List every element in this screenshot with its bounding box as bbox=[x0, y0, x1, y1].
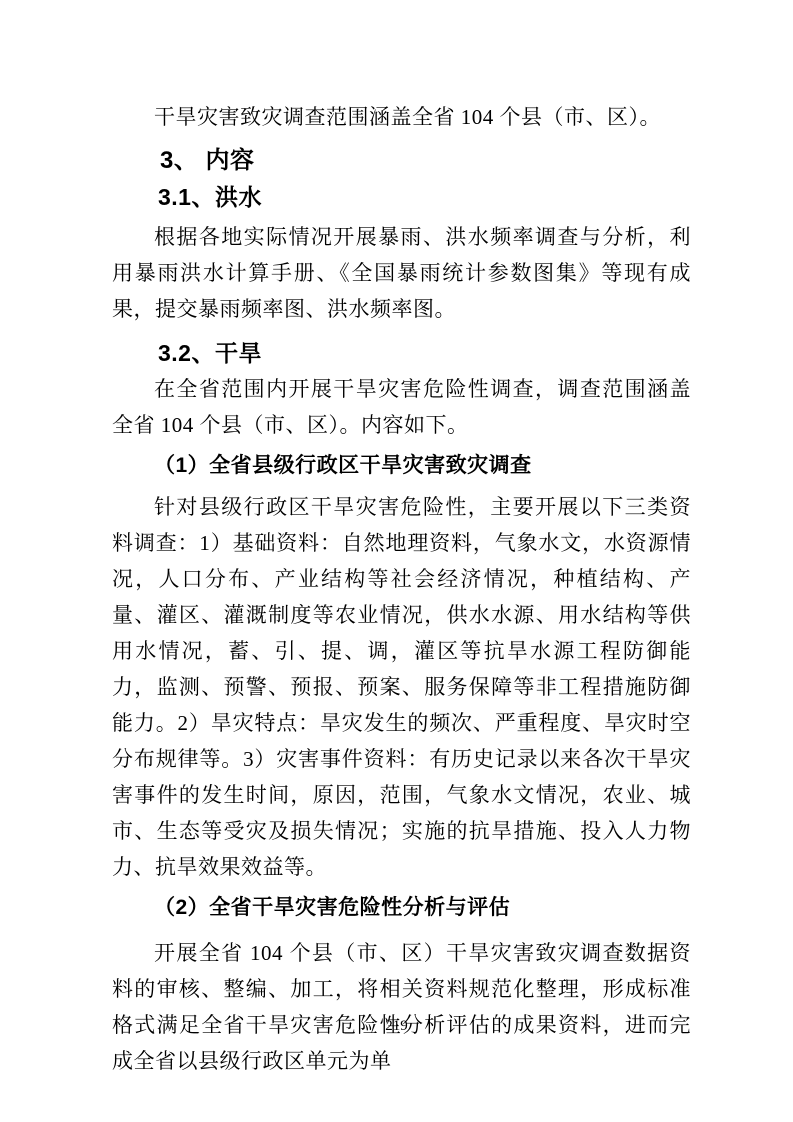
heading-3-2-drought: 3.2、干旱 bbox=[112, 335, 691, 371]
paragraph-drought-scope: 在全省范围内开展干旱灾害危险性调查，调查范围涵盖全省 104 个县（市、区）。内… bbox=[112, 371, 691, 443]
heading-3-1-flood: 3.1、洪水 bbox=[112, 179, 691, 215]
paragraph-intro: 干旱灾害致灾调查范围涵盖全省 104 个县（市、区）。 bbox=[112, 99, 691, 135]
page-content: 干旱灾害致灾调查范围涵盖全省 104 个县（市、区）。 3、 内容 3.1、洪水… bbox=[0, 0, 793, 1079]
heading-item-2-analysis: （2）全省干旱灾害危险性分析与评估 bbox=[112, 890, 691, 926]
paragraph-flood: 根据各地实际情况开展暴雨、洪水频率调查与分析，利用暴雨洪水计算手册、《全国暴雨统… bbox=[112, 219, 691, 327]
heading-section-3-content: 3、 内容 bbox=[112, 143, 691, 179]
paragraph-analysis: 开展全省 104 个县（市、区）干旱灾害致灾调查数据资料的审核、整编、加工，将相… bbox=[112, 935, 691, 1079]
heading-item-1-survey: （1）全省县级行政区干旱灾害致灾调查 bbox=[112, 448, 691, 484]
page-number: 219 bbox=[0, 1016, 793, 1036]
document-page: 干旱灾害致灾调查范围涵盖全省 104 个县（市、区）。 3、 内容 3.1、洪水… bbox=[0, 0, 793, 1122]
paragraph-survey-details: 针对县级行政区干旱灾害危险性，主要开展以下三类资料调查：1）基础资料：自然地理资… bbox=[112, 489, 691, 885]
